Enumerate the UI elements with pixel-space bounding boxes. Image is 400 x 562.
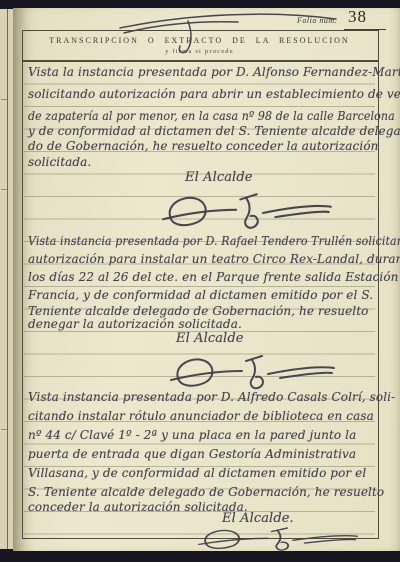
handwritten-line: y de conformidad al dictamen del S. Teni… <box>28 124 400 138</box>
handwritten-line: Vista instancia presentada por D. Alfred… <box>28 390 395 404</box>
previous-page-mark <box>1 189 7 190</box>
signature-flourish <box>196 524 361 558</box>
previous-page-mark <box>1 429 7 430</box>
handwritten-line: los días 22 al 26 del cte. en el Parque … <box>28 270 399 284</box>
scanned-document-page: Folio núm. 38 TRANSCRIPCION O EXTRACTO D… <box>0 0 400 562</box>
signature-label: El Alcalde <box>185 170 253 185</box>
handwritten-line: solicitando autorización para abrir un e… <box>28 87 400 101</box>
signature-flourish <box>160 188 335 240</box>
previous-page-mark <box>1 99 7 100</box>
handwritten-line: S. Teniente alcalde delegado de Gobernac… <box>28 485 384 499</box>
previous-page-rule <box>7 9 8 549</box>
document-header-title: TRANSCRIPCION O EXTRACTO DE LA RESOLUCIO… <box>22 36 377 45</box>
handwritten-line: citando instalar rótulo anunciador de bi… <box>28 409 374 423</box>
handwritten-line: conceder la autorización solicitada. <box>28 500 248 514</box>
handwritten-line: Teniente alcalde delegado de Gobernación… <box>28 304 369 318</box>
handwritten-line: Vista la instancia presentada por D. Alf… <box>28 65 400 79</box>
previous-page-edge <box>0 9 13 549</box>
handwritten-line: denegar la autorización solicitada. <box>28 317 242 331</box>
handwritten-line: Villasana, y de conformidad al dictamen … <box>28 466 366 480</box>
handwritten-line: autorización para instalar un teatro Cir… <box>28 252 400 266</box>
signature-label: El Alcalde <box>176 331 244 346</box>
handwritten-line: Vista instancia presentada por D. Rafael… <box>28 234 400 248</box>
folio-number: 38 <box>348 7 367 27</box>
handwritten-line: nº 44 c/ Clavé 1º - 2ª y una placa en la… <box>28 428 356 442</box>
handwritten-line: do de Gobernación, he resuelto conceder … <box>28 139 378 153</box>
handwritten-line: puerta de entrada que digan Gestoría Adm… <box>28 447 356 461</box>
document-header-subtitle: y firma si procede <box>22 48 377 55</box>
handwritten-line: Francia, y de conformidad al dictamen em… <box>28 288 373 302</box>
handwritten-line: solicitada. <box>28 155 91 169</box>
handwritten-line: de zapatería al por menor, en la casa nº… <box>28 109 395 123</box>
